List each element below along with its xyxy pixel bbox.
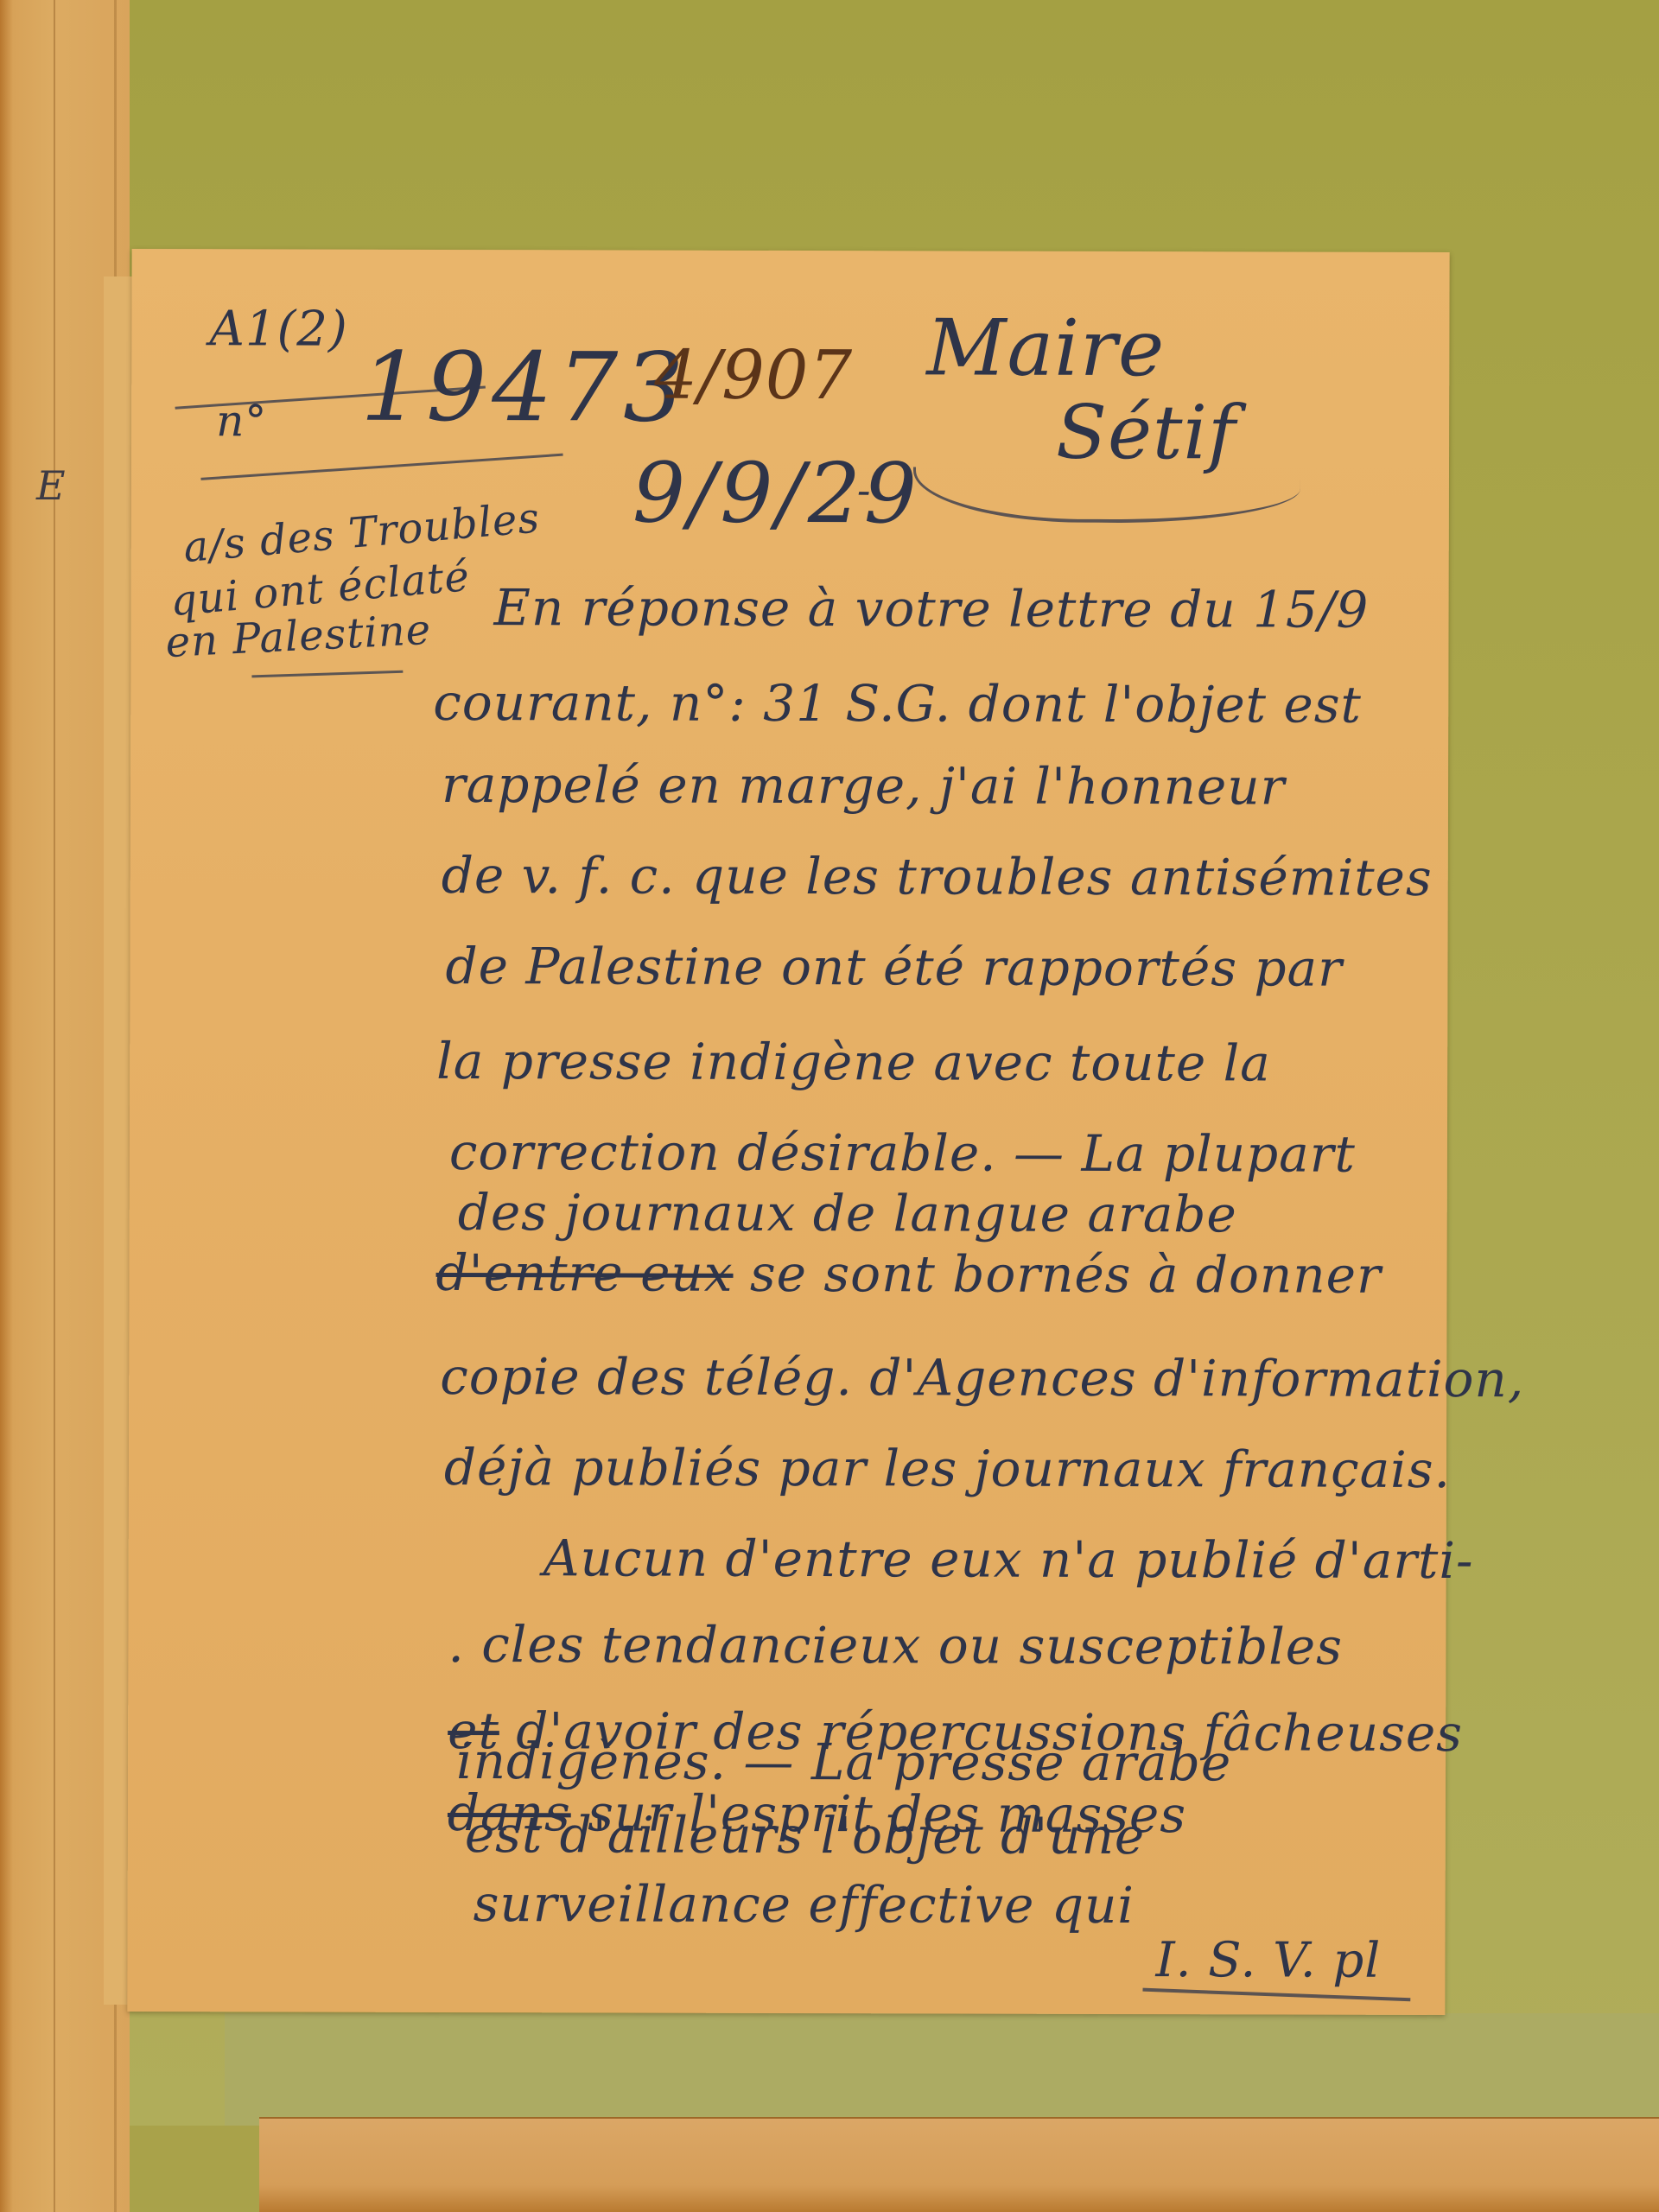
body-line: correction désirable. — La plupart xyxy=(449,1122,1356,1184)
green-folder-bottom-edge xyxy=(225,2013,1659,2126)
classification-code: A1(2) xyxy=(209,301,348,357)
date-dash: - xyxy=(857,467,872,513)
body-line: la presse indigène avec toute la xyxy=(436,1032,1271,1093)
body-line: Aucun d'entre eux n'a publié d'arti- xyxy=(543,1529,1474,1590)
body-line: de v. f. c. que les troubles antisémites xyxy=(442,846,1433,907)
paper-fold xyxy=(54,0,55,2212)
left-edge-mark: E xyxy=(36,462,66,509)
body-line: des journaux de langue arabe xyxy=(458,1183,1237,1243)
signoff-abbreviation: I. S. V. pl xyxy=(1155,1932,1381,1989)
letter-sheet: A1(2) n° 19473 a/s des Troubles qui ont … xyxy=(127,249,1449,2015)
body-line: indigènes. — La presse arabe xyxy=(456,1732,1231,1792)
body-line: d'entre eux se sont bornés à donner xyxy=(435,1243,1381,1305)
addressee-place: Sétif xyxy=(1056,390,1236,477)
body-line: . cles tendancieux ou susceptibles xyxy=(448,1615,1343,1676)
body-line-rest: se sont bornés à donner xyxy=(750,1244,1382,1305)
addressee-title: Maire xyxy=(926,302,1165,394)
struck-text: d'entre eux xyxy=(435,1243,733,1303)
body-line: copie des télég. d'Agences d'information… xyxy=(440,1347,1524,1408)
signoff-underline xyxy=(1142,1988,1410,2002)
body-line: courant, n°: 31 S.G. dont l'objet est xyxy=(433,673,1362,734)
letter-date: 9/9/29 xyxy=(632,445,920,543)
body-line: déjà publiés par les journaux français. xyxy=(444,1438,1451,1499)
body-line: rappelé en marge, j'ai l'honneur xyxy=(442,755,1285,817)
bottom-paper-stack xyxy=(259,2117,1659,2212)
addressee-flourish xyxy=(913,467,1300,523)
reference-number: 19473 xyxy=(360,332,689,443)
number-label: n° xyxy=(216,396,267,446)
body-line: est d'ailleurs l'objet d'une xyxy=(465,1805,1146,1866)
body-line: surveillance effective qui xyxy=(474,1874,1135,1935)
body-line: de Palestine ont été rapportés par xyxy=(445,937,1343,998)
body-line: En réponse à votre lettre du 15/9 xyxy=(493,578,1369,639)
filing-number: 4/907 xyxy=(654,337,853,416)
margin-rule xyxy=(200,454,563,480)
margin-rule xyxy=(251,671,403,678)
